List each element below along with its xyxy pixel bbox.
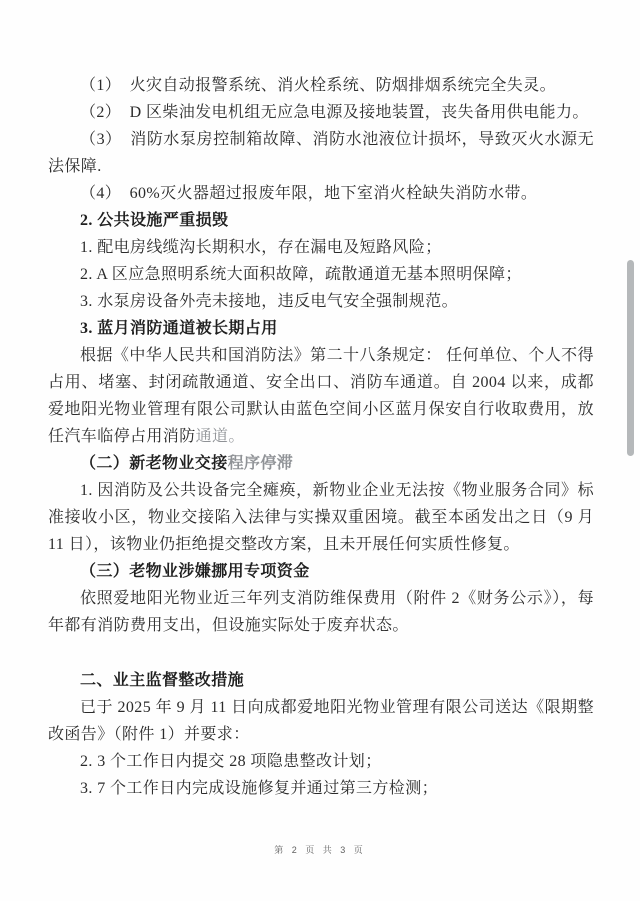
text-run: 根据《中华人民共和国消防法》第二十八条规定： 任何单位、个人不得占用、堵塞、封闭… (48, 347, 594, 445)
text-run: （二）新老物业交接 (80, 455, 228, 472)
text-run: 已于 2025 年 9 月 11 日向成都爱地阳光物业管理有限公司送达《限期整改… (48, 699, 594, 743)
text-run: 依照爱地阳光物业近三年列支消防维保费用（附件 2《财务公示》），每年都有消防费用… (48, 590, 594, 634)
paragraph: 3. 水泵房设备外壳未接地，违反电气安全强制规范。 (48, 288, 594, 315)
paragraph: 1. 配电房线缆沟长期积水，存在漏电及短路风险； (48, 234, 594, 261)
text-run: 2. 公共设施严重损毁 (80, 212, 228, 229)
text-run: （三）老物业涉嫌挪用专项资金 (80, 563, 310, 580)
paragraph: 根据《中华人民共和国消防法》第二十八条规定： 任何单位、个人不得占用、堵塞、封闭… (48, 342, 594, 450)
text-run: 二、业主监督整改措施 (80, 672, 244, 689)
paragraph: 2. 3 个工作日内提交 28 项隐患整改计划； (48, 748, 594, 775)
text-run: 2. A 区应急照明系统大面积故障，疏散通道无基本照明保障； (80, 266, 522, 283)
text-run: 1. 因消防及公共设备完全瘫痪，新物业企业无法按《物业服务合同》标准接收小区，物… (48, 482, 594, 553)
text-run: （3） 消防水泵房控制箱故障、消防水池液位计损坏，导致灭火水源无法保障. (48, 131, 594, 175)
text-run: 3. 7 个工作日内完成设施修复并通过第三方检测； (80, 780, 438, 797)
paragraph: 1. 因消防及公共设备完全瘫痪，新物业企业无法按《物业服务合同》标准接收小区，物… (48, 477, 594, 558)
text-run: （1） 火灾自动报警系统、消火栓系统、防烟排烟系统完全失灵。 (80, 77, 556, 94)
text-run: 1. 配电房线缆沟长期积水，存在漏电及短路风险； (80, 239, 442, 256)
text-run: 3. 蓝月消防通道被长期占用 (80, 320, 278, 337)
paragraph: 已于 2025 年 9 月 11 日向成都爱地阳光物业管理有限公司送达《限期整改… (48, 694, 594, 748)
section-heading: 二、业主监督整改措施 (48, 667, 594, 694)
section-heading: （三）老物业涉嫌挪用专项资金 (48, 558, 594, 585)
page-number-footer: 第 2 页 共 3 页 (0, 843, 640, 856)
scrollbar-thumb[interactable] (627, 260, 634, 456)
document-body: （1） 火灾自动报警系统、消火栓系统、防烟排烟系统完全失灵。（2） D 区柴油发… (48, 72, 594, 802)
text-run: （4） 60%灭火器超过报废年限，地下室消火栓缺失消防水带。 (80, 185, 537, 202)
text-run: 通道。 (196, 428, 245, 445)
text-run: 程序停滞 (228, 455, 294, 472)
paragraph: （4） 60%灭火器超过报废年限，地下室消火栓缺失消防水带。 (48, 180, 594, 207)
document-page: （1） 火灾自动报警系统、消火栓系统、防烟排烟系统完全失灵。（2） D 区柴油发… (0, 0, 640, 901)
paragraph: 依照爱地阳光物业近三年列支消防维保费用（附件 2《财务公示》），每年都有消防费用… (48, 585, 594, 639)
paragraph: （2） D 区柴油发电机组无应急电源及接地装置，丧失备用供电能力。 (48, 99, 594, 126)
text-run: （2） D 区柴油发电机组无应急电源及接地装置，丧失备用供电能力。 (80, 104, 589, 121)
scrollbar-track (624, 0, 640, 901)
section-heading: 2. 公共设施严重损毁 (48, 207, 594, 234)
section-heading: 3. 蓝月消防通道被长期占用 (48, 315, 594, 342)
section-heading: （二）新老物业交接程序停滞 (48, 450, 594, 477)
paragraph: 2. A 区应急照明系统大面积故障，疏散通道无基本照明保障； (48, 261, 594, 288)
text-run: 3. 水泵房设备外壳未接地，违反电气安全强制规范。 (80, 293, 458, 310)
paragraph: （1） 火灾自动报警系统、消火栓系统、防烟排烟系统完全失灵。 (48, 72, 594, 99)
paragraph: 3. 7 个工作日内完成设施修复并通过第三方检测； (48, 775, 594, 802)
text-run: 2. 3 个工作日内提交 28 项隐患整改计划； (80, 753, 382, 770)
paragraph: （3） 消防水泵房控制箱故障、消防水池液位计损坏，导致灭火水源无法保障. (48, 126, 594, 180)
